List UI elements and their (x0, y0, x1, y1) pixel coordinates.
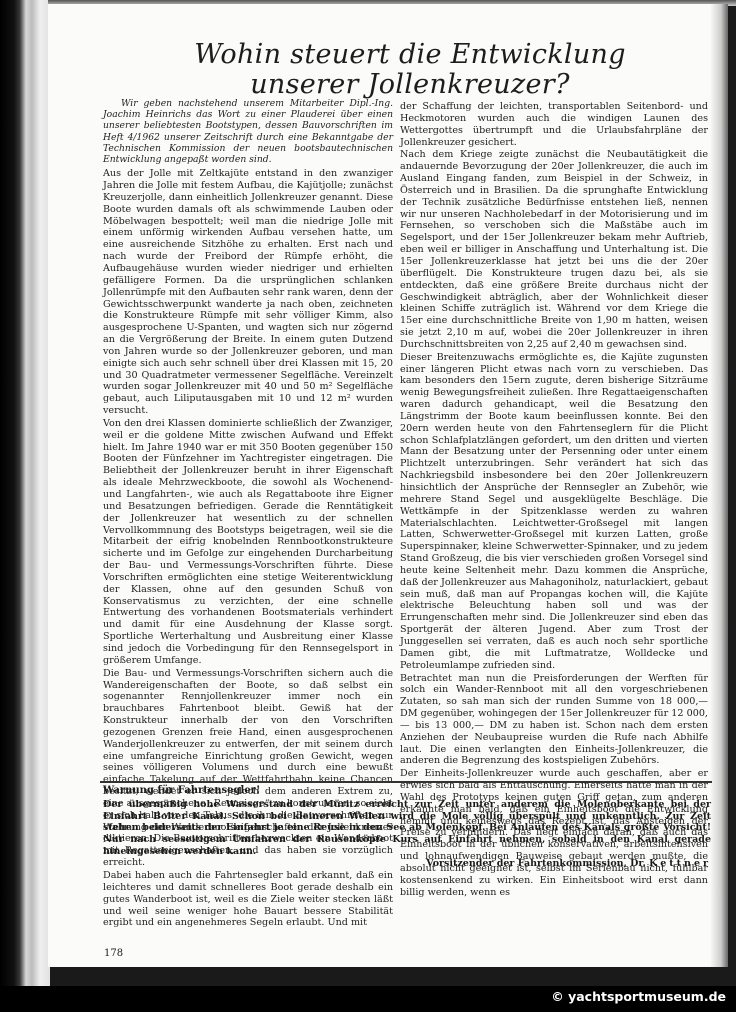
paragraph: der Schaffung der leichten, transportabl… (400, 101, 708, 148)
warning-notice: Warnung für Fahrtensegler! Der übermäßig… (103, 785, 711, 870)
title-line-2: unserer Jollenkreuzer? (140, 70, 680, 100)
page-number: 178 (104, 948, 123, 959)
copyright-watermark: © yachtsportmuseum.de (551, 989, 726, 1004)
notice-body: Der übermäßig hohe Wasserstand der Mürit… (103, 799, 711, 858)
notice-signature: Vorsitzender der Fahrtenkommission, Dr. … (103, 858, 711, 870)
title-line-1: Wohin steuert die Entwicklung (140, 40, 680, 70)
section-divider (100, 781, 712, 783)
signature-name: Kettner (649, 858, 711, 869)
signature-prefix: Vorsitzender der Fahrtenkommission, Dr. (426, 858, 646, 869)
article-intro: Wir geben nachstehend unserem Mitarbeite… (103, 98, 393, 165)
book-page-edges (0, 0, 50, 1012)
paragraph: Von den drei Klassen dominierte schließl… (103, 418, 393, 667)
paragraph: Aus der Jolle mit Zeltkajüte entstand in… (103, 168, 393, 417)
spine-shadow (710, 4, 728, 967)
article-title: Wohin steuert die Entwicklung unserer Jo… (140, 40, 680, 100)
paragraph: Betrachtet man nun die Preisforderungen … (400, 673, 708, 768)
right-column: der Schaffung der leichten, transportabl… (400, 101, 708, 900)
paragraph: Dieser Breitenzuwachs ermöglichte es, di… (400, 352, 708, 672)
paragraph: Dabei haben auch die Fahrtensegler bald … (103, 870, 393, 929)
paragraph: Nach dem Kriege zeigte zunächst die Neub… (400, 149, 708, 350)
watermark-bar: © yachtsportmuseum.de (0, 986, 736, 1012)
notice-heading: Warnung für Fahrtensegler! (103, 785, 711, 797)
